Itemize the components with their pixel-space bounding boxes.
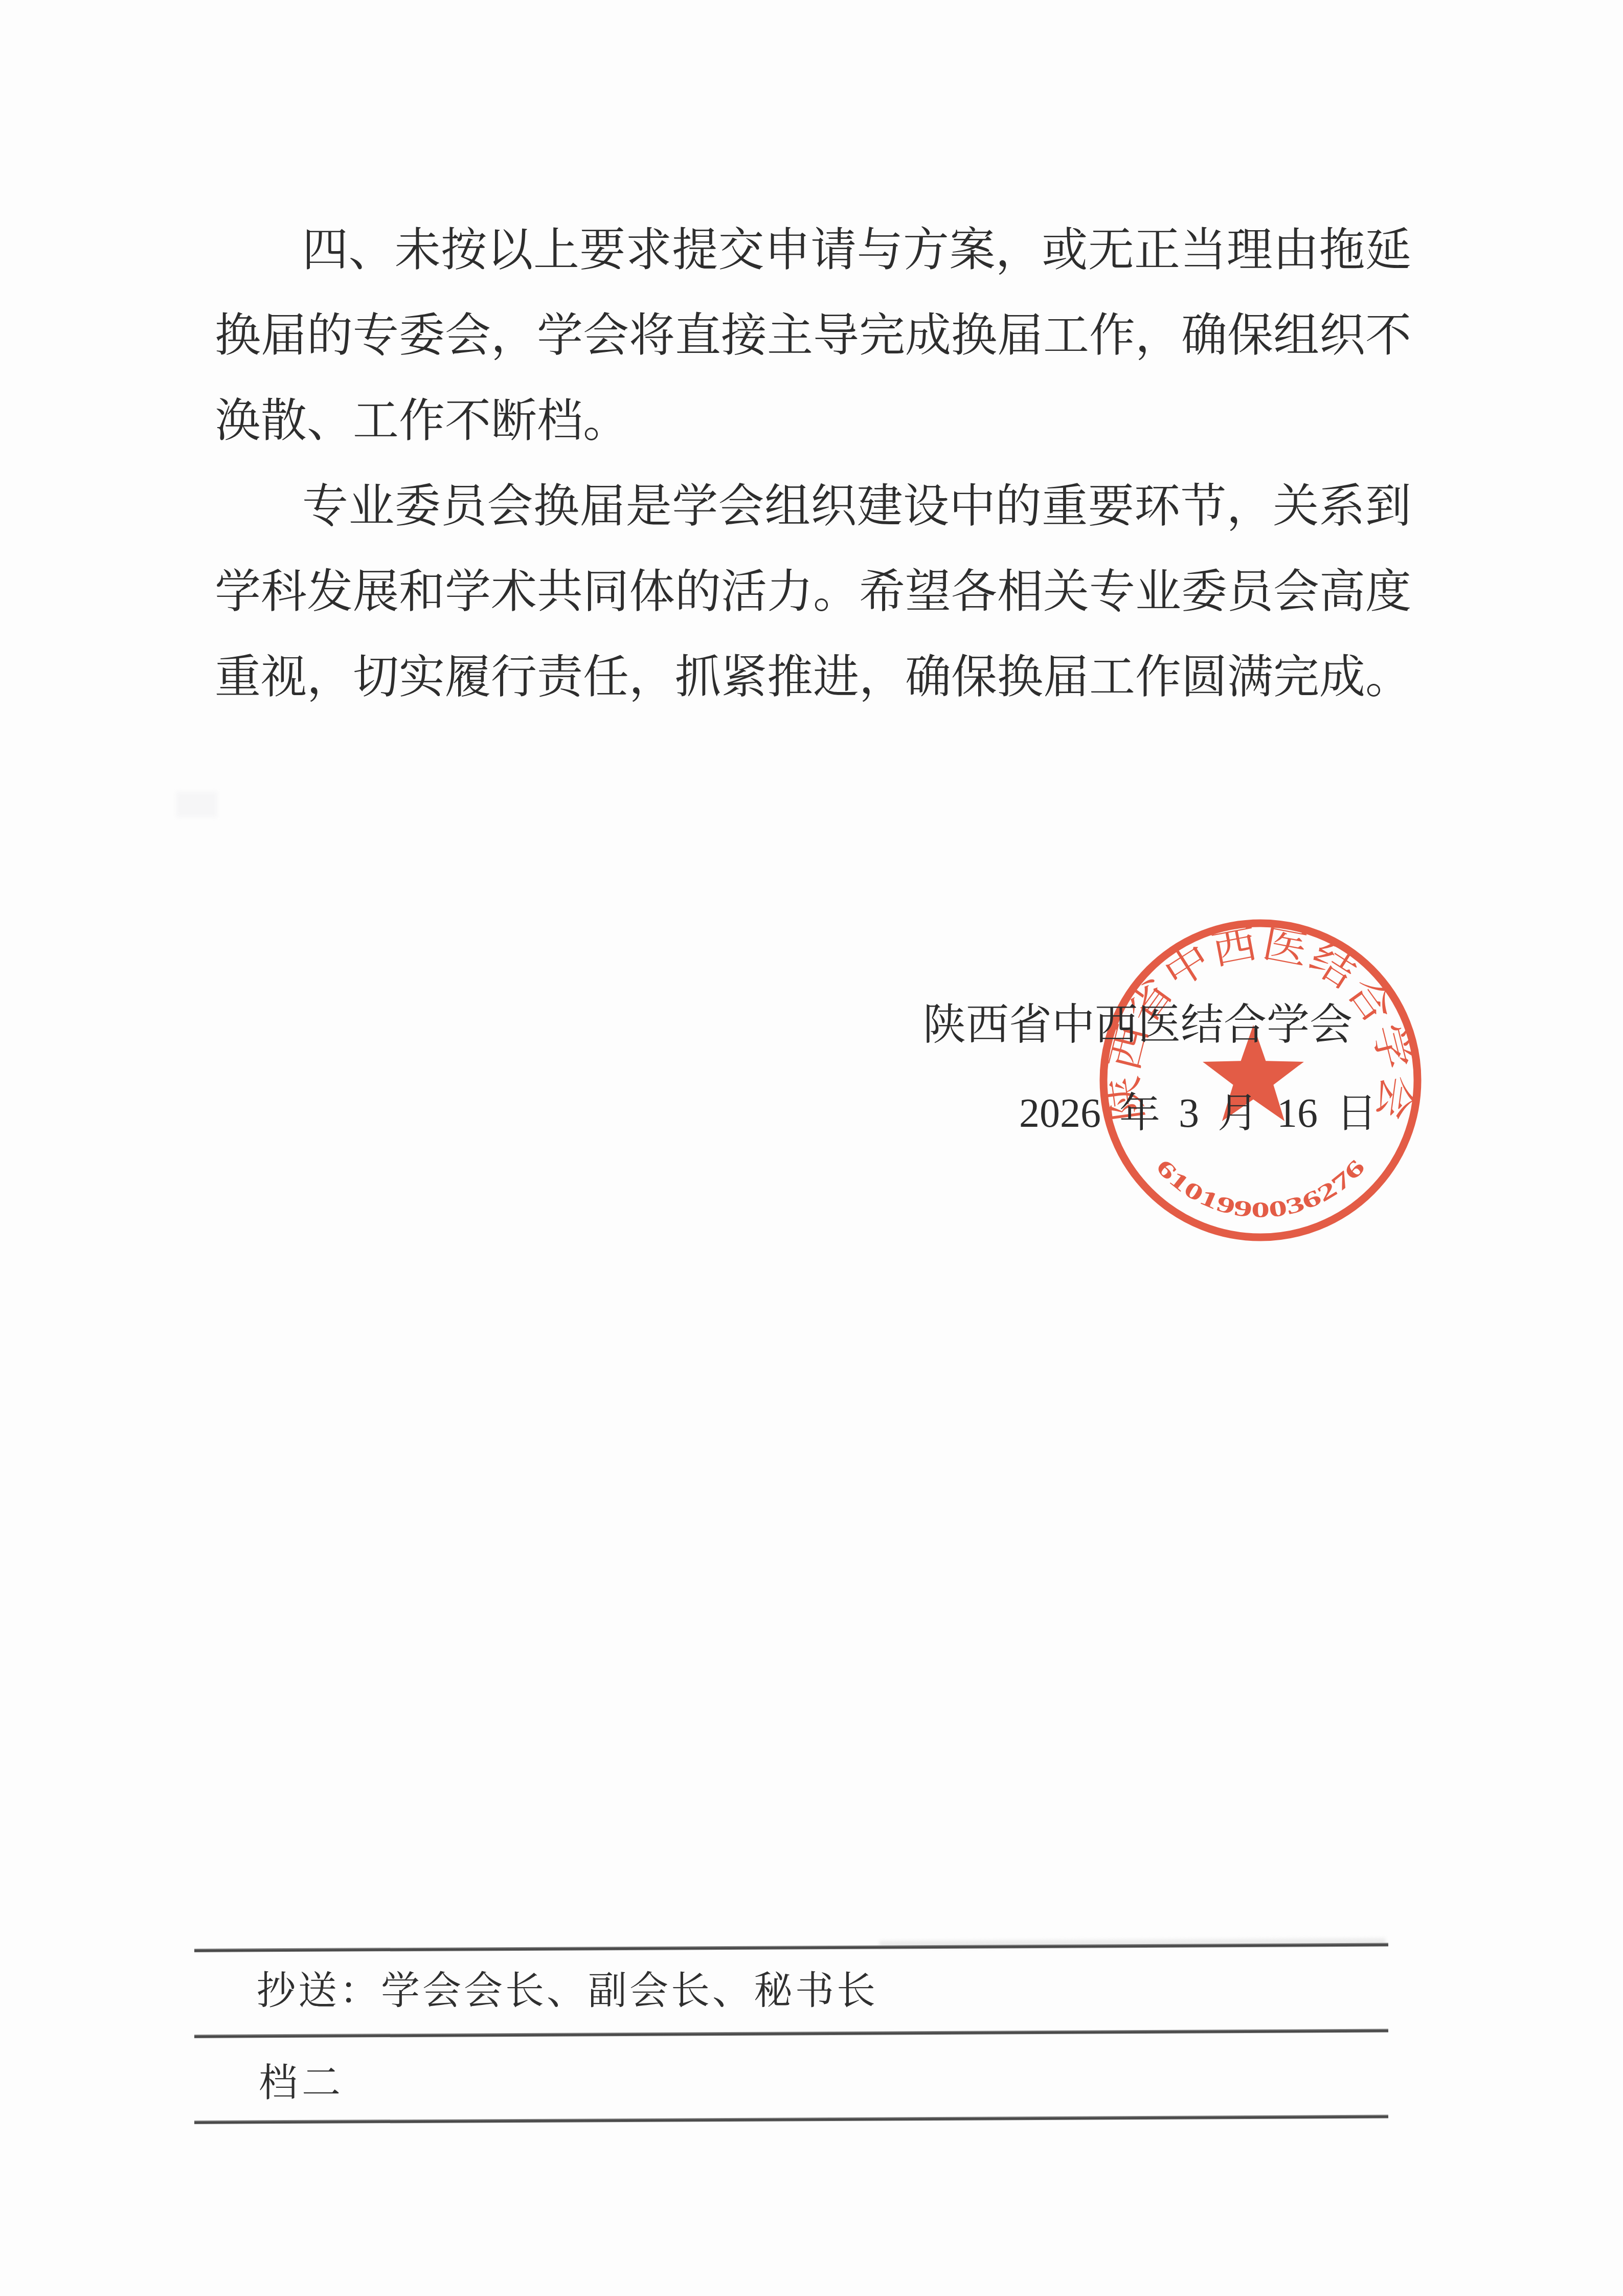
paragraph-1-line-3: 涣散、工作不断档。 (215, 378, 1411, 464)
paragraph-1-line-1: 四、未按以上要求提交申请与方案，或无正当理由拖延 (215, 208, 1411, 293)
footer-divider-middle (194, 2029, 1388, 2038)
document-date: 2026 年 3 月 16 日 (1019, 1091, 1377, 1135)
cc-recipients-line: 抄送：学会会长、副会长、秘书长 (257, 1968, 878, 2014)
footer-divider-top (194, 1943, 1388, 1952)
scanned-document-page: 四、未按以上要求提交申请与方案，或无正当理由拖延 换届的专委会，学会将直接主导完… (0, 0, 1623, 2296)
paragraph-1-line-2: 换届的专委会，学会将直接主导完成换届工作，确保组织不 (215, 293, 1411, 378)
issuing-organization-signature: 陕西省中西医结合学会 (923, 1002, 1352, 1049)
seal-serial-number: 6101990036276 (1151, 1154, 1370, 1222)
paragraph-2-line-3: 重视，切实履行责任，抓紧推进，确保换届工作圆满完成。 (215, 635, 1411, 720)
official-seal-stamp: 陕西省中西医结合学会 6101990036276 (1087, 906, 1434, 1254)
archive-note-line: 档二 (259, 2060, 345, 2106)
paragraph-2-line-1: 专业委员会换届是学会组织建设中的重要环节，关系到 (215, 464, 1411, 549)
scan-smudge-artifact (176, 792, 217, 817)
paragraph-2-line-2: 学科发展和学术共同体的活力。希望各相关专业委员会高度 (215, 549, 1411, 635)
footer-divider-bottom (194, 2115, 1388, 2124)
document-body: 四、未按以上要求提交申请与方案，或无正当理由拖延 换届的专委会，学会将直接主导完… (215, 208, 1411, 720)
